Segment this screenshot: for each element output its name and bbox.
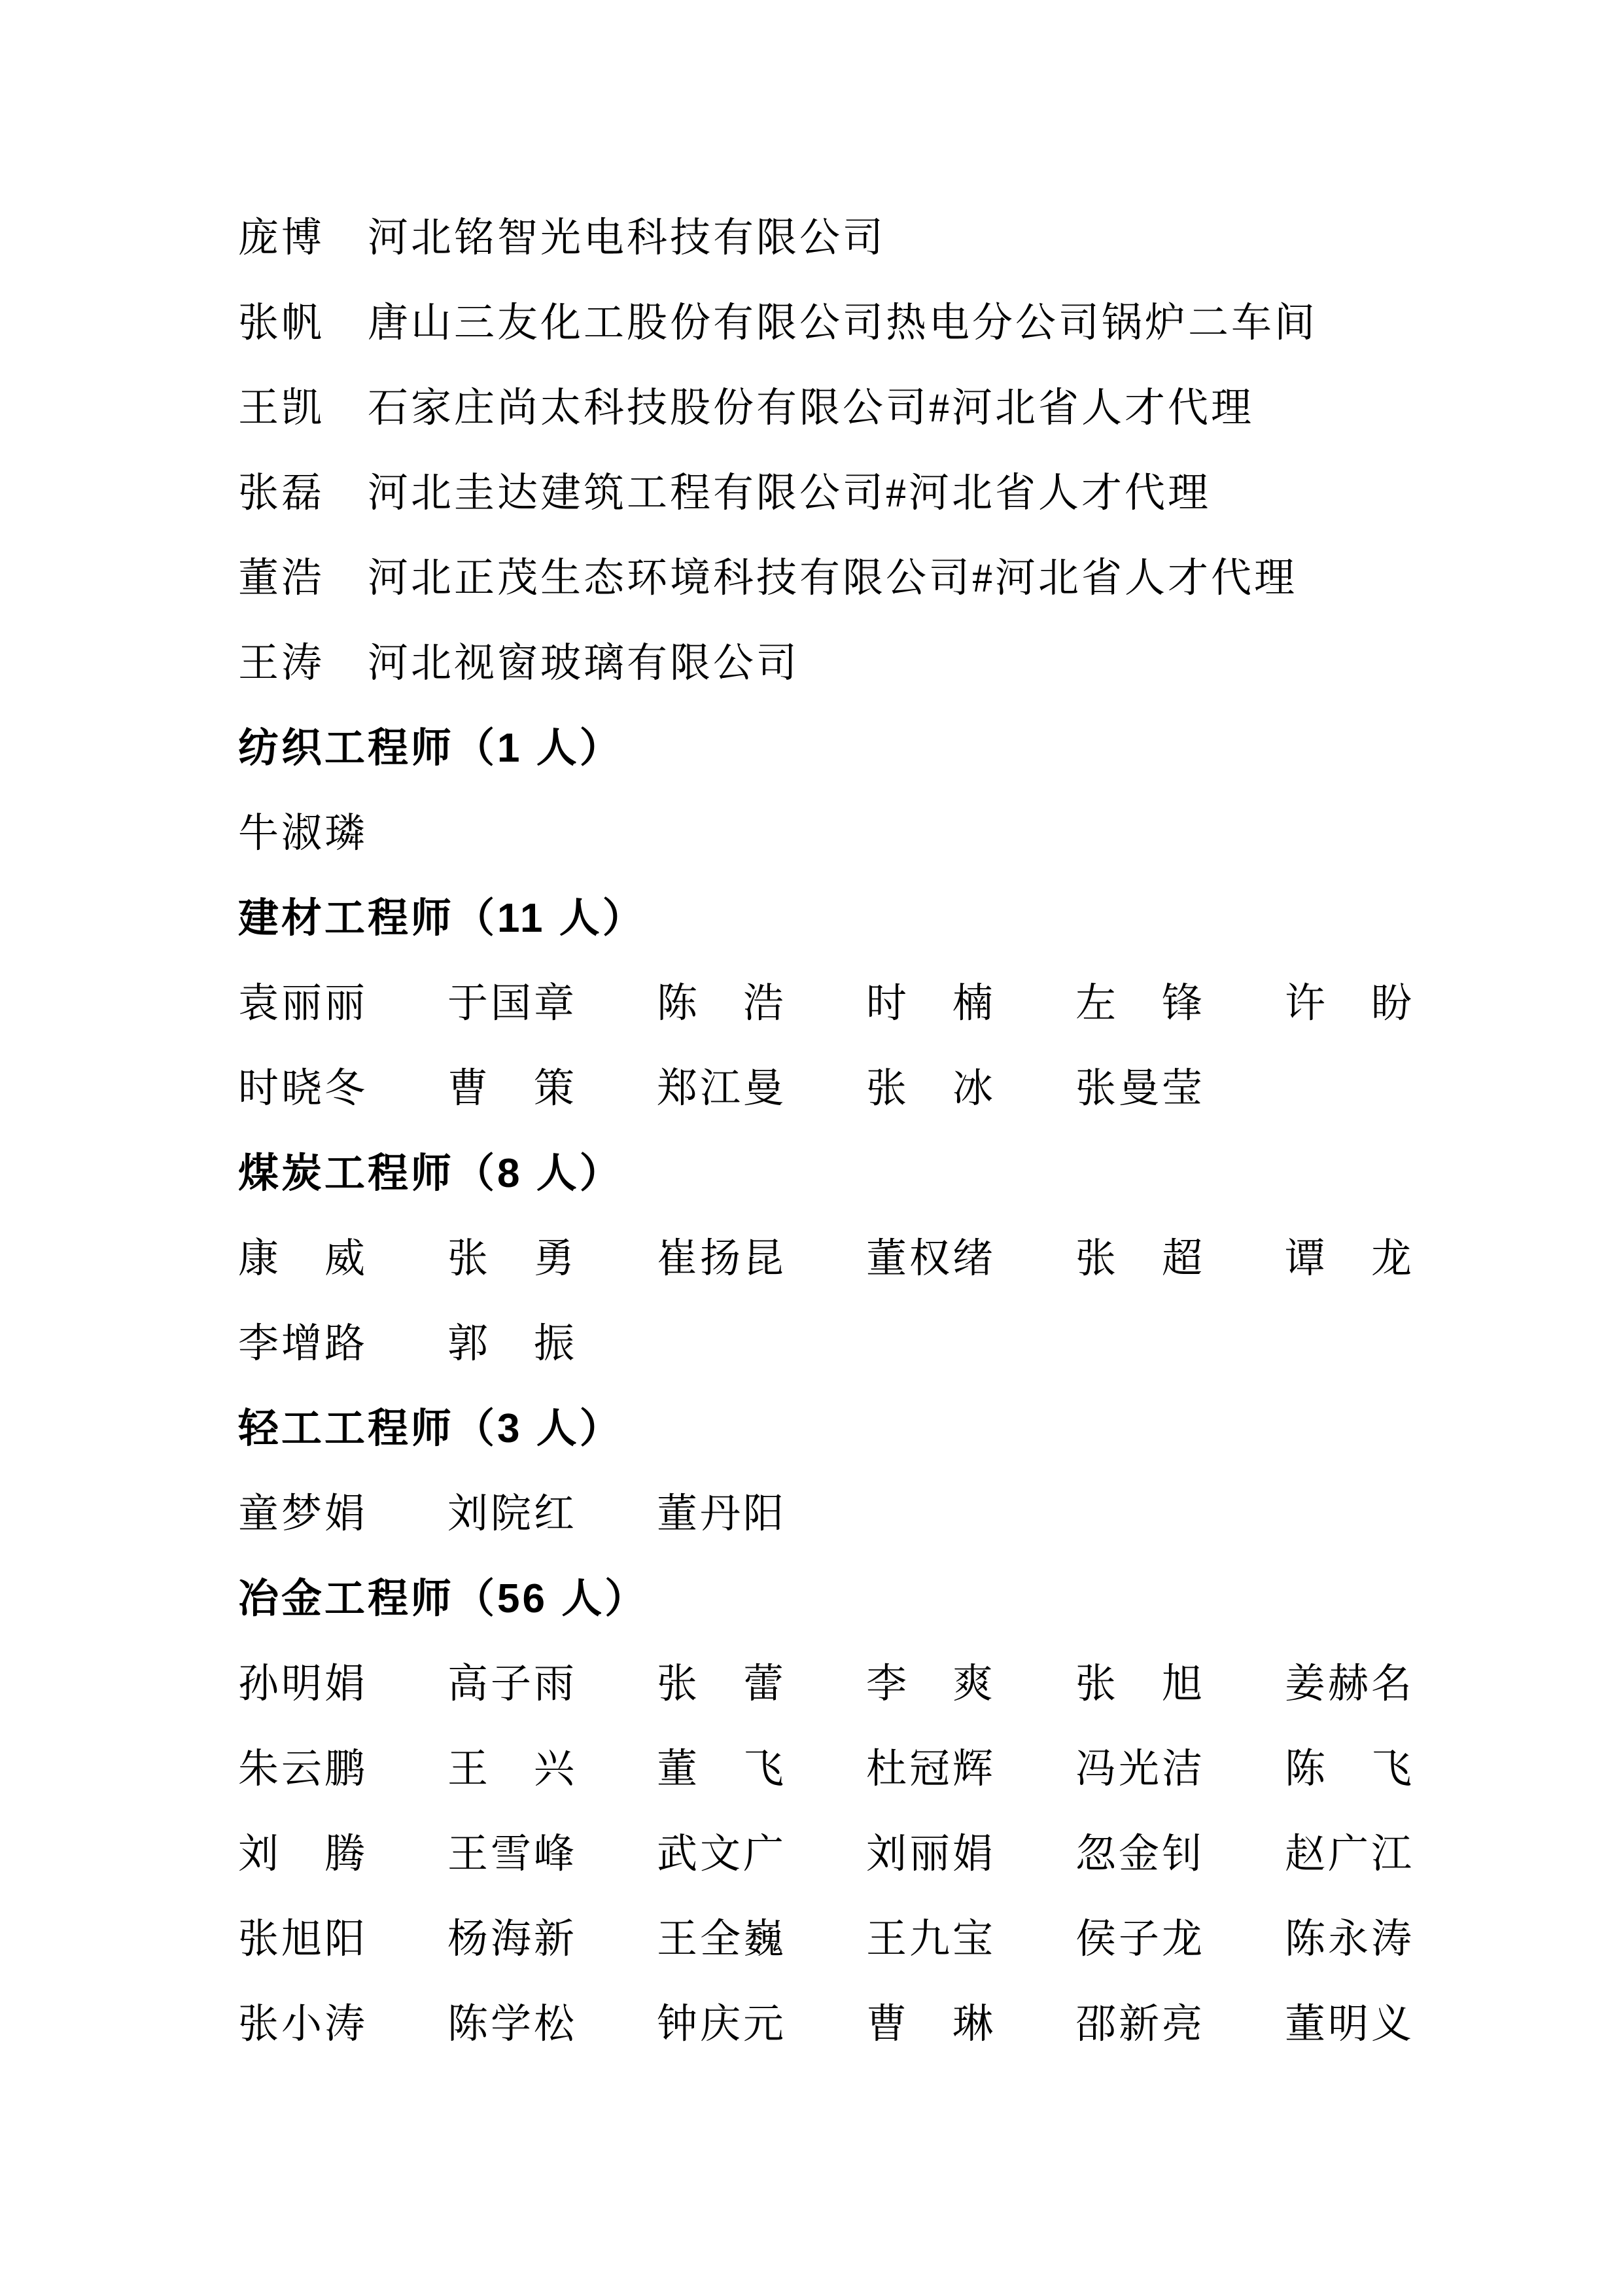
member-name: 朱云鹏 bbox=[238, 1727, 368, 1812]
member-company: 河北正茂生态环境科技有限公司#河北省人才代理 bbox=[368, 556, 1297, 601]
section-title: 煤炭工程师（8 人） bbox=[238, 1131, 1422, 1216]
member-name-char: 飞 bbox=[1371, 1727, 1414, 1812]
member-name: 杜冠辉 bbox=[866, 1727, 996, 1812]
member-company-line: 王凯石家庄尚太科技股份有限公司#河北省人才代理 bbox=[238, 366, 1422, 451]
member-name-char: 琳 bbox=[952, 1982, 996, 2067]
member-name-char: 盼 bbox=[1371, 961, 1414, 1046]
name-row: 时晓冬曹策郑江曼张冰张曼莹 bbox=[238, 1046, 1422, 1131]
member-name: 忽金钊 bbox=[1075, 1812, 1205, 1897]
member-name-char: 威 bbox=[324, 1216, 368, 1301]
member-company: 河北铭智光电科技有限公司 bbox=[368, 216, 886, 260]
member-company-line: 王涛河北视窗玻璃有限公司 bbox=[238, 621, 1422, 706]
member-name-char: 康 bbox=[238, 1216, 281, 1301]
member-name-char: 龙 bbox=[1371, 1216, 1414, 1301]
member-name: 张小涛 bbox=[238, 1982, 368, 2067]
member-name-char: 爽 bbox=[952, 1642, 996, 1727]
member-company: 唐山三友化工股份有限公司热电分公司锅炉二车间 bbox=[368, 301, 1318, 345]
member-name: 曹策 bbox=[447, 1046, 577, 1131]
member-name: 张冰 bbox=[866, 1046, 996, 1131]
member-company-line: 张磊河北圭达建筑工程有限公司#河北省人才代理 bbox=[238, 451, 1422, 536]
member-name-char: 董 bbox=[657, 1727, 700, 1812]
member-name: 姜赫名 bbox=[1285, 1642, 1414, 1727]
name-row: 康威张勇崔扬昆董权绪张超谭龙 bbox=[238, 1216, 1422, 1301]
name-row: 袁丽丽于国章陈浩时楠左锋许盼 bbox=[238, 961, 1422, 1046]
member-name: 王兴 bbox=[447, 1727, 577, 1812]
member-name: 杨海新 bbox=[447, 1897, 577, 1982]
member-name: 钟庆元 bbox=[657, 1982, 786, 2067]
member-name: 陈浩 bbox=[657, 961, 786, 1046]
member-name: 董丹阳 bbox=[657, 1472, 786, 1557]
member-name: 邵新亮 bbox=[1075, 1982, 1205, 2067]
member-name-char: 李 bbox=[866, 1642, 909, 1727]
member-name: 谭龙 bbox=[1285, 1216, 1414, 1301]
member-name-char: 刘 bbox=[238, 1812, 281, 1897]
member-name-char: 冰 bbox=[952, 1046, 996, 1131]
member-name-char: 策 bbox=[534, 1046, 577, 1131]
member-name: 郭振 bbox=[447, 1301, 577, 1386]
name-row: 张小涛陈学松钟庆元曹琳邵新亮董明义 bbox=[238, 1982, 1422, 2067]
name-row: 李增路郭振 bbox=[238, 1301, 1422, 1386]
member-name: 张蕾 bbox=[657, 1642, 786, 1727]
member-company: 石家庄尚太科技股份有限公司#河北省人才代理 bbox=[368, 386, 1254, 431]
member-name-char: 兴 bbox=[534, 1727, 577, 1812]
member-name-char: 楠 bbox=[952, 961, 996, 1046]
member-name-char: 腾 bbox=[324, 1812, 368, 1897]
member-name-char: 陈 bbox=[1285, 1727, 1328, 1812]
member-name-char: 锋 bbox=[1162, 961, 1205, 1046]
member-name: 李增路 bbox=[238, 1301, 368, 1386]
member-name: 张勇 bbox=[447, 1216, 577, 1301]
name-row: 孙明娟高子雨张蕾李爽张旭姜赫名 bbox=[238, 1642, 1422, 1727]
member-name-char: 曹 bbox=[866, 1982, 909, 2067]
member-name: 陈飞 bbox=[1285, 1727, 1414, 1812]
name-row: 童梦娟刘院红董丹阳 bbox=[238, 1472, 1422, 1557]
member-name: 武文广 bbox=[657, 1812, 786, 1897]
member-name: 崔扬昆 bbox=[657, 1216, 786, 1301]
member-name: 陈学松 bbox=[447, 1982, 577, 2067]
member-name: 曹琳 bbox=[866, 1982, 996, 2067]
member-name-char: 郭 bbox=[447, 1301, 491, 1386]
member-company-line: 张帆唐山三友化工股份有限公司热电分公司锅炉二车间 bbox=[238, 281, 1422, 366]
member-name: 郑江曼 bbox=[657, 1046, 786, 1131]
member-name: 于国章 bbox=[447, 961, 577, 1046]
member-name-char: 振 bbox=[534, 1301, 577, 1386]
member-name: 王九宝 bbox=[866, 1897, 996, 1982]
member-name-char: 浩 bbox=[743, 961, 786, 1046]
member-name-char: 王 bbox=[447, 1727, 491, 1812]
member-name-char: 张 bbox=[657, 1642, 700, 1727]
member-name: 张超 bbox=[1075, 1216, 1205, 1301]
member-name-char: 时 bbox=[866, 961, 909, 1046]
member-name: 董明义 bbox=[1285, 1982, 1414, 2067]
document-page: 庞博河北铭智光电科技有限公司张帆唐山三友化工股份有限公司热电分公司锅炉二车间王凯… bbox=[0, 0, 1623, 2296]
member-name-char: 张 bbox=[1075, 1216, 1119, 1301]
member-company: 河北圭达建筑工程有限公司#河北省人才代理 bbox=[368, 471, 1211, 516]
name-row: 牛淑璘 bbox=[238, 791, 1422, 876]
member-name: 王雪峰 bbox=[447, 1812, 577, 1897]
member-name: 王全巍 bbox=[657, 1897, 786, 1982]
member-name: 赵广江 bbox=[1285, 1812, 1414, 1897]
member-name: 董浩 bbox=[238, 556, 324, 601]
member-company-line: 董浩河北正茂生态环境科技有限公司#河北省人才代理 bbox=[238, 536, 1422, 621]
member-name: 张旭 bbox=[1075, 1642, 1205, 1727]
member-name: 刘院红 bbox=[447, 1472, 577, 1557]
member-name-char: 谭 bbox=[1285, 1216, 1328, 1301]
member-name-char: 超 bbox=[1162, 1216, 1205, 1301]
section-title: 建材工程师（11 人） bbox=[238, 876, 1422, 961]
member-name: 陈永涛 bbox=[1285, 1897, 1414, 1982]
member-name: 董权绪 bbox=[866, 1216, 996, 1301]
member-name-char: 左 bbox=[1075, 961, 1119, 1046]
member-name: 牛淑璘 bbox=[238, 791, 368, 876]
member-name: 董飞 bbox=[657, 1727, 786, 1812]
member-name-char: 蕾 bbox=[743, 1642, 786, 1727]
member-name: 左锋 bbox=[1075, 961, 1205, 1046]
member-name: 袁丽丽 bbox=[238, 961, 368, 1046]
member-name-char: 张 bbox=[866, 1046, 909, 1131]
member-company-line: 庞博河北铭智光电科技有限公司 bbox=[238, 196, 1422, 281]
member-name-char: 曹 bbox=[447, 1046, 491, 1131]
member-name: 时楠 bbox=[866, 961, 996, 1046]
member-name: 王涛 bbox=[238, 641, 324, 686]
section-title: 冶金工程师（56 人） bbox=[238, 1557, 1422, 1642]
member-name: 张帆 bbox=[238, 301, 324, 345]
member-company: 河北视窗玻璃有限公司 bbox=[368, 641, 799, 686]
member-name-char: 勇 bbox=[534, 1216, 577, 1301]
member-name: 许盼 bbox=[1285, 961, 1414, 1046]
member-name-char: 陈 bbox=[657, 961, 700, 1046]
name-row: 朱云鹏王兴董飞杜冠辉冯光洁陈飞 bbox=[238, 1727, 1422, 1812]
member-name: 时晓冬 bbox=[238, 1046, 368, 1131]
member-name: 侯子龙 bbox=[1075, 1897, 1205, 1982]
member-name: 刘腾 bbox=[238, 1812, 368, 1897]
document-body: 庞博河北铭智光电科技有限公司张帆唐山三友化工股份有限公司热电分公司锅炉二车间王凯… bbox=[238, 196, 1422, 2067]
member-name: 张磊 bbox=[238, 471, 324, 516]
member-name: 庞博 bbox=[238, 216, 324, 260]
member-name: 孙明娟 bbox=[238, 1642, 368, 1727]
member-name: 李爽 bbox=[866, 1642, 996, 1727]
member-name: 刘丽娟 bbox=[866, 1812, 996, 1897]
section-title: 轻工工程师（3 人） bbox=[238, 1386, 1422, 1472]
section-title: 纺织工程师（1 人） bbox=[238, 706, 1422, 791]
member-name: 张旭阳 bbox=[238, 1897, 368, 1982]
member-name: 康威 bbox=[238, 1216, 368, 1301]
member-name: 高子雨 bbox=[447, 1642, 577, 1727]
name-row: 刘腾王雪峰武文广刘丽娟忽金钊赵广江 bbox=[238, 1812, 1422, 1897]
member-name-char: 旭 bbox=[1162, 1642, 1205, 1727]
member-name: 王凯 bbox=[238, 386, 324, 431]
name-row: 张旭阳杨海新王全巍王九宝侯子龙陈永涛 bbox=[238, 1897, 1422, 1982]
member-name-char: 张 bbox=[447, 1216, 491, 1301]
member-name: 童梦娟 bbox=[238, 1472, 368, 1557]
member-name: 冯光洁 bbox=[1075, 1727, 1205, 1812]
member-name-char: 许 bbox=[1285, 961, 1328, 1046]
member-name-char: 飞 bbox=[743, 1727, 786, 1812]
member-name: 张曼莹 bbox=[1075, 1046, 1205, 1131]
member-name-char: 张 bbox=[1075, 1642, 1119, 1727]
